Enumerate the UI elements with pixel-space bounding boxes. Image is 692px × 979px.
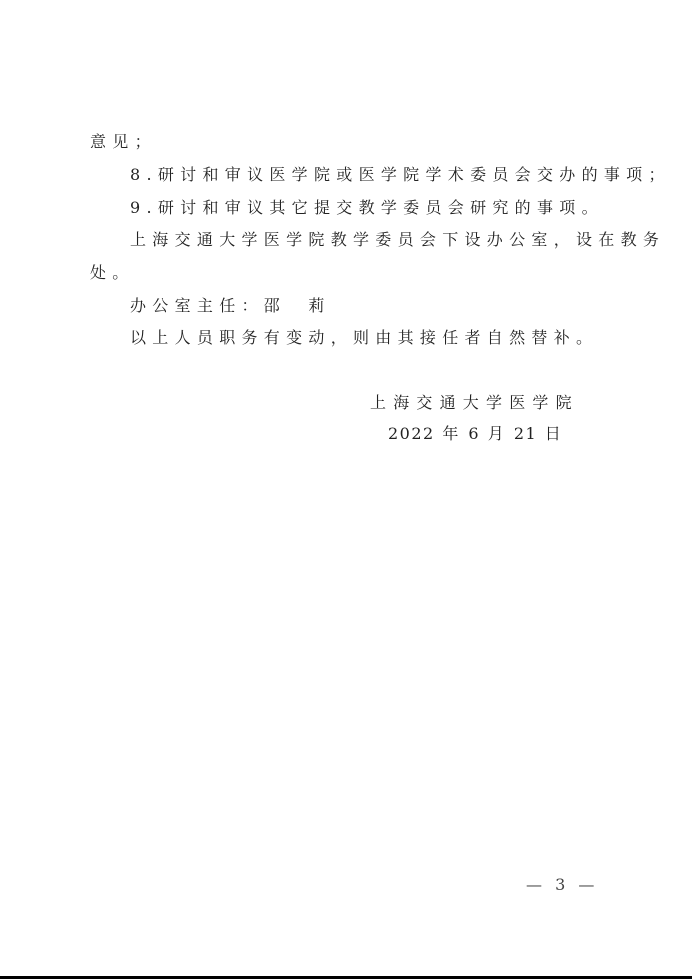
date-month: 6 (468, 424, 480, 443)
paragraph-item-9: 9.研讨和审议其它提交教学委员会研究的事项。 (130, 198, 650, 218)
page-number: — 3 — (526, 875, 598, 895)
date-year-unit: 年 (442, 424, 461, 443)
date-day-unit: 日 (545, 424, 564, 443)
signature-organization: 上海交通大学医学院 (370, 393, 579, 413)
paragraph-office-director: 办公室主任：邵 莉 (130, 296, 650, 316)
document-page: 意见； 8.研讨和审议医学院或医学院学术委员会交办的事项； 9.研讨和审议其它提… (0, 0, 692, 979)
date-month-unit: 月 (488, 424, 507, 443)
date-year: 2022 (388, 424, 435, 443)
paragraph-office-setup-continued: 处。 (90, 263, 610, 283)
paragraph-line-1: 意见； (90, 132, 610, 152)
paragraph-succession-note: 以上人员职务有变动，则由其接任者自然替补。 (130, 328, 650, 348)
date-day: 21 (514, 424, 537, 443)
signature-date: 2022 年 6 月 21 日 (388, 424, 563, 444)
paragraph-item-8: 8.研讨和审议医学院或医学院学术委员会交办的事项； (130, 165, 650, 185)
paragraph-office-setup: 上海交通大学医学院教学委员会下设办公室，设在教务 (130, 230, 650, 250)
